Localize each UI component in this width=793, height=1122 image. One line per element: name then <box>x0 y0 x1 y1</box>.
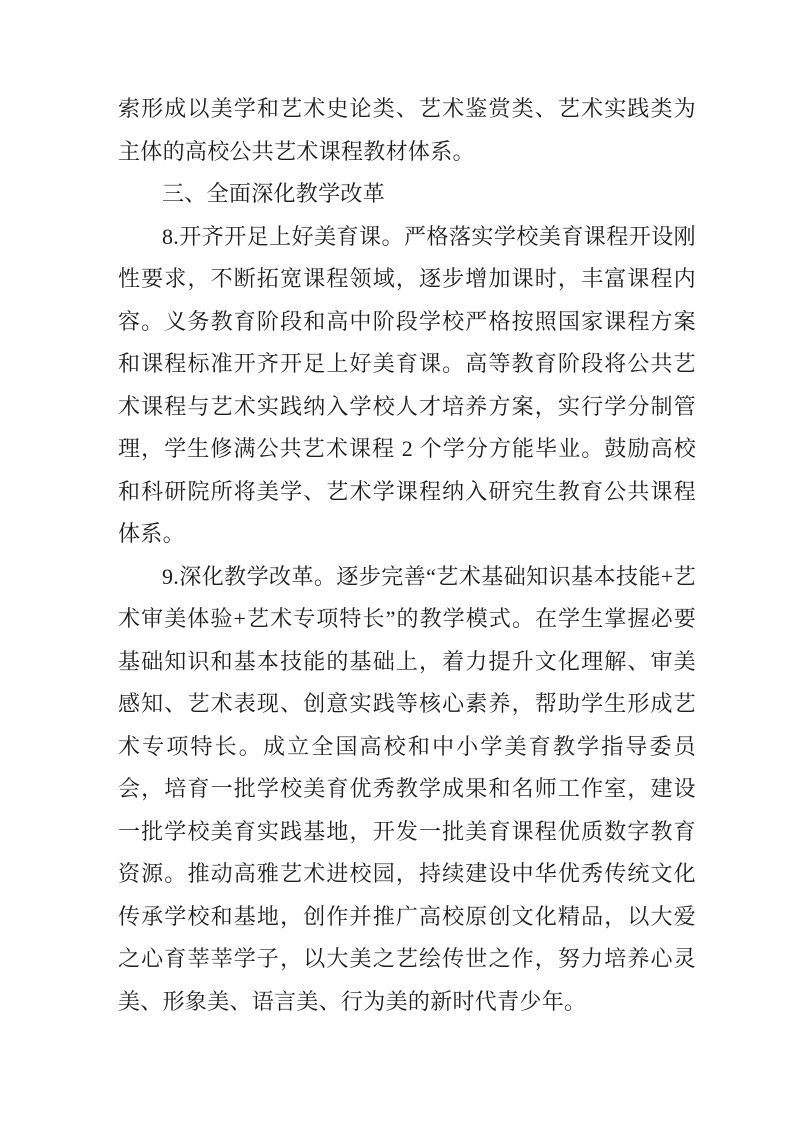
document-body: 索形成以美学和艺术史论类、艺术鉴赏类、艺术实践类为主体的高校公共艺术课程教材体系… <box>118 88 696 1023</box>
document-page: 索形成以美学和艺术史论类、艺术鉴赏类、艺术实践类为主体的高校公共艺术课程教材体系… <box>0 0 793 1122</box>
paragraph-item-8: 8.开齐开足上好美育课。严格落实学校美育课程开设刚性要求，不断拓宽课程领域，逐步… <box>118 216 696 556</box>
paragraph-item-9: 9.深化教学改革。逐步完善“艺术基础知识基本技能+艺术审美体验+艺术专项特长”的… <box>118 556 696 1024</box>
paragraph-continuation: 索形成以美学和艺术史论类、艺术鉴赏类、艺术实践类为主体的高校公共艺术课程教材体系… <box>118 88 696 173</box>
section-heading: 三、全面深化教学改革 <box>118 173 696 216</box>
